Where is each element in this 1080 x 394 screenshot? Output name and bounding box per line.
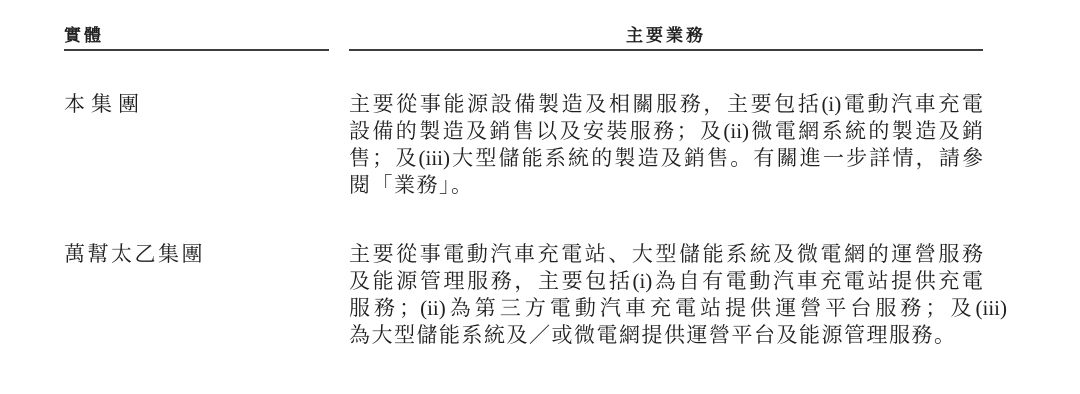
- business-description: 主要從事能源設備製造及相關服務，主要包括(i)電動汽車充電 設備的製造及銷售以及…: [349, 91, 983, 199]
- business-description: 主要從事電動汽車充電站、大型儲能系統及微電網的運營服務 及能源管理服務，主要包括…: [349, 241, 983, 349]
- table-row: 萬幫太乙集團 主要從事電動汽車充電站、大型儲能系統及微電網的運營服務 及能源管理…: [64, 241, 983, 349]
- business-line: 服務；(ii)為第三方電動汽車充電站提供運營平台服務；及(iii): [349, 295, 1007, 322]
- business-line: 及能源管理服務，主要包括(i)為自有電動汽車充電站提供充電: [349, 268, 983, 295]
- table-row: 本集團 主要從事能源設備製造及相關服務，主要包括(i)電動汽車充電 設備的製造及…: [64, 91, 983, 199]
- entity-name: 本集團: [64, 91, 329, 118]
- business-line: 主要從事能源設備製造及相關服務，主要包括(i)電動汽車充電: [349, 91, 983, 118]
- business-line: 售；及(iii)大型儲能系統的製造及銷售。有關進一步詳情，請參: [349, 145, 983, 172]
- business-line: 主要從事電動汽車充電站、大型儲能系統及微電網的運營服務: [349, 241, 983, 268]
- business-line: 設備的製造及銷售以及安裝服務；及(ii)微電網系統的製造及銷: [349, 118, 983, 145]
- column-gutter: [329, 26, 349, 51]
- business-line: 閱「業務」。: [349, 172, 983, 199]
- table-header-row: 實體 主要業務: [64, 26, 983, 51]
- column-header-business: 主要業務: [349, 26, 983, 51]
- column-header-entity: 實體: [64, 26, 329, 51]
- entity-business-table: 實體 主要業務 本集團 主要從事能源設備製造及相關服務，主要包括(i)電動汽車充…: [64, 26, 983, 349]
- business-line: 為大型儲能系統及／或微電網提供運營平台及能源管理服務。: [349, 322, 983, 349]
- entity-name: 萬幫太乙集團: [64, 241, 329, 268]
